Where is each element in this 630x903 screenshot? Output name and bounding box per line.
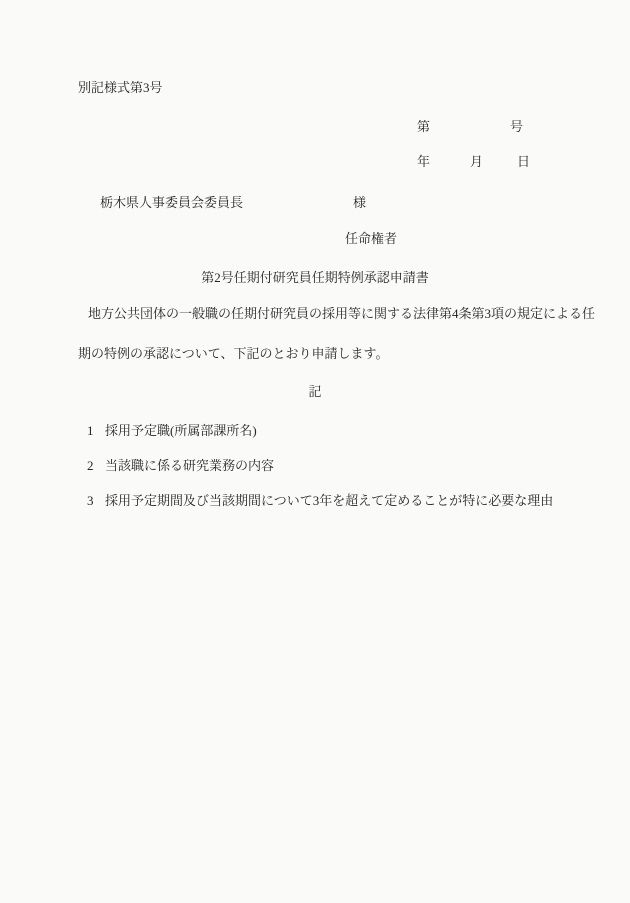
date-day-label: 日 bbox=[517, 155, 530, 169]
list-item-text: 採用予定職(所属部課所名) bbox=[105, 423, 257, 438]
list-item-number: 3 bbox=[87, 494, 105, 508]
document-title: 第2号任期付研究員任期特例承認申請書 bbox=[0, 271, 630, 285]
addressee-name: 栃木県人事委員会委員長 bbox=[100, 196, 243, 210]
date-month-label: 月 bbox=[470, 155, 483, 169]
list-item-number: 1 bbox=[87, 424, 105, 438]
list-item: 3採用予定期間及び当該期間について3年を超えて定めることが特に必要な理由 bbox=[87, 494, 553, 508]
body-line-2: 期の特例の承認について、下記のとおり申請します。 bbox=[78, 347, 388, 361]
form-style-label: 別記様式第3号 bbox=[78, 81, 163, 95]
record-heading: 記 bbox=[0, 385, 630, 399]
appointer-label: 任命権者 bbox=[345, 232, 397, 246]
list-item: 1採用予定職(所属部課所名) bbox=[87, 424, 257, 438]
doc-number-prefix: 第 bbox=[417, 120, 430, 134]
addressee-honorific: 様 bbox=[353, 196, 366, 210]
list-item-number: 2 bbox=[87, 459, 105, 473]
list-item-text: 当該職に係る研究業務の内容 bbox=[105, 458, 274, 473]
doc-number-suffix: 号 bbox=[510, 120, 523, 134]
body-line-1: 地方公共団体の一般職の任期付研究員の採用等に関する法律第4条第3項の規定による任 bbox=[88, 307, 595, 321]
document-page: 別記様式第3号 第 号 年 月 日 栃木県人事委員会委員長 様 任命権者 第2号… bbox=[0, 0, 630, 903]
list-item: 2当該職に係る研究業務の内容 bbox=[87, 459, 274, 473]
list-item-text: 採用予定期間及び当該期間について3年を超えて定めることが特に必要な理由 bbox=[105, 493, 553, 508]
date-year-label: 年 bbox=[417, 155, 430, 169]
